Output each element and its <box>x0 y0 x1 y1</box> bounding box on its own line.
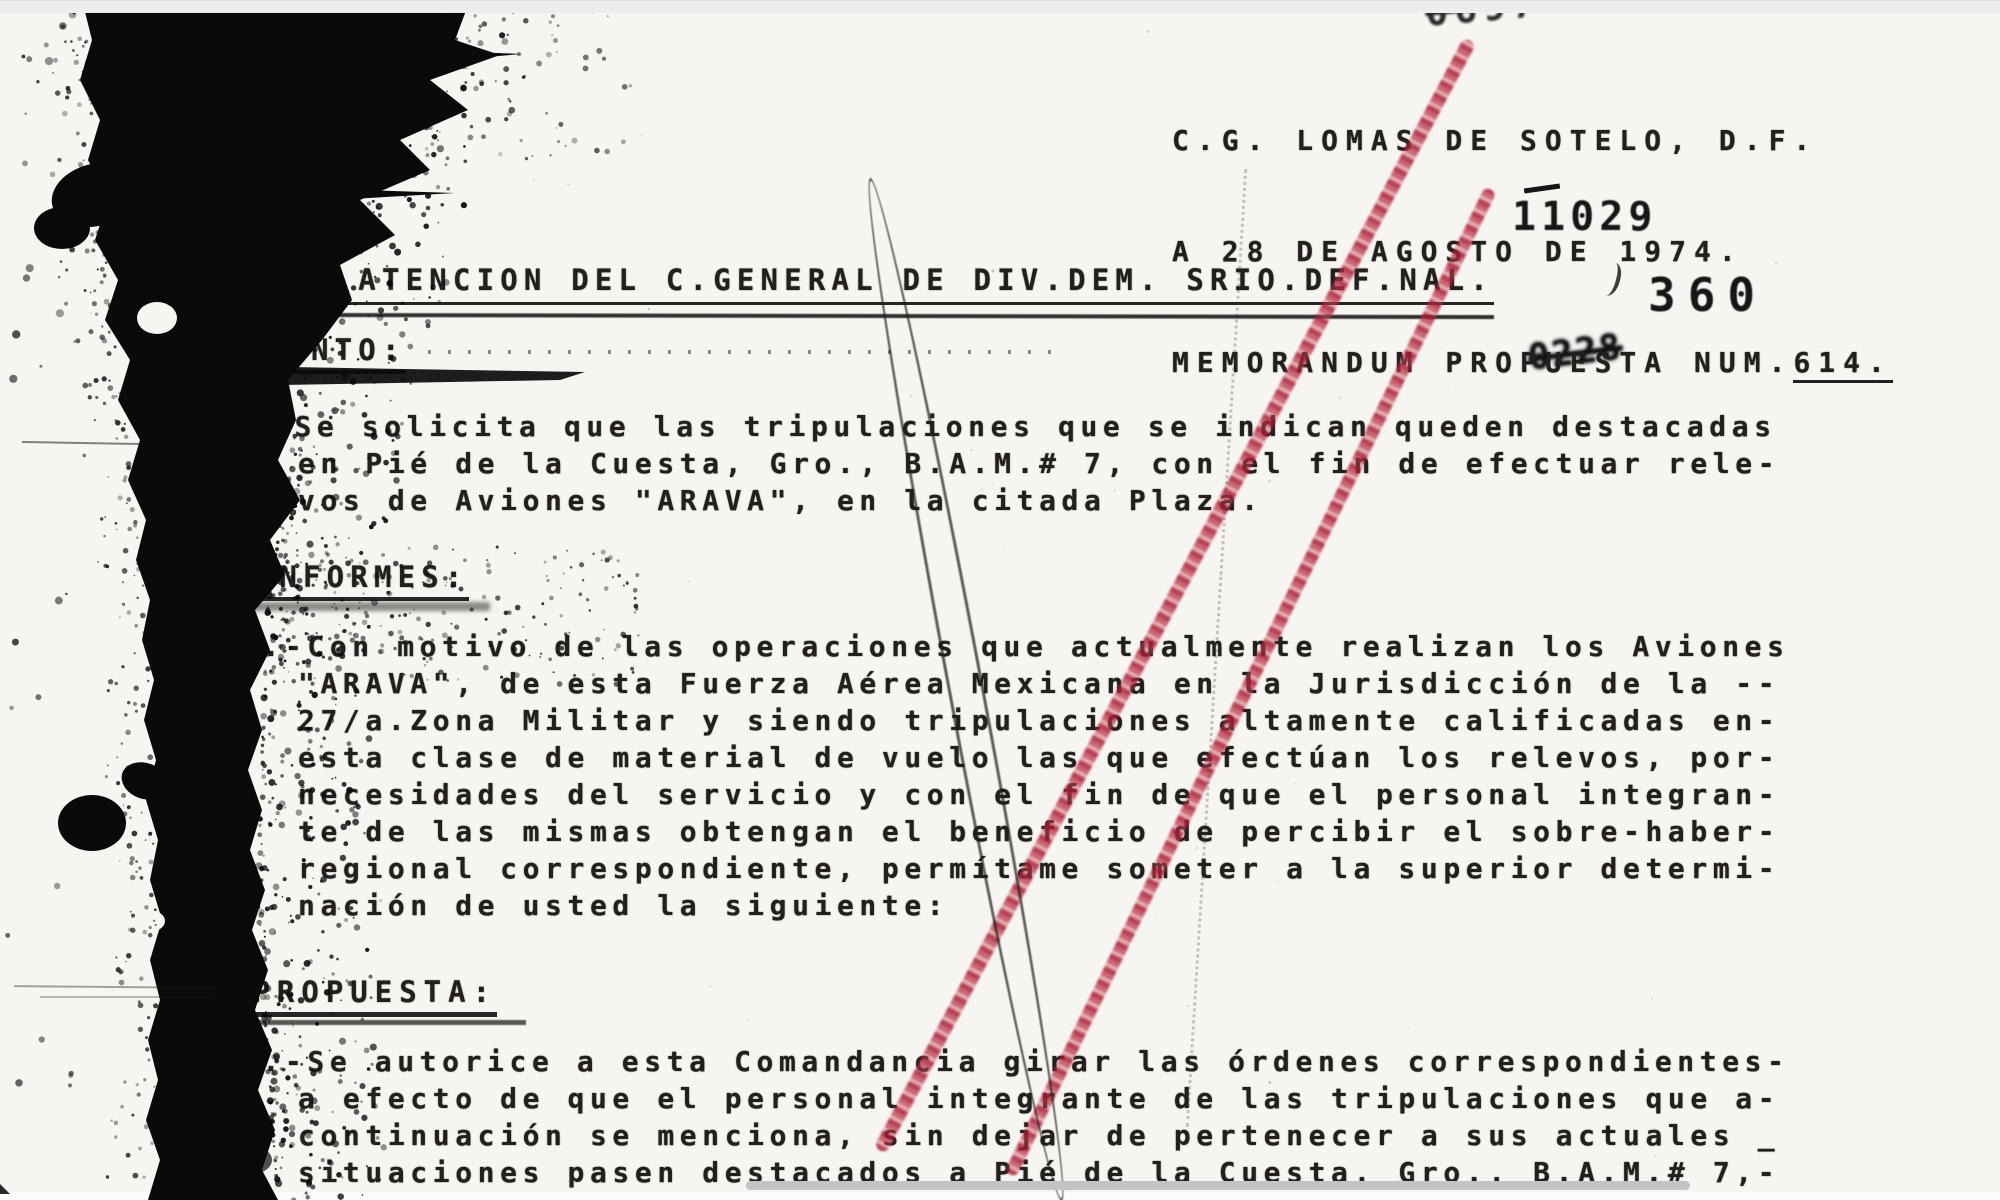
horizontal-scrollbar-track[interactable] <box>0 0 2000 13</box>
ink-streak <box>380 48 522 66</box>
asunto-dotted-leader <box>428 350 1058 354</box>
ink-streak <box>378 64 470 76</box>
propuesta-second-underline <box>226 1020 526 1025</box>
propuesta-heading: -PROPUESTA: <box>228 975 497 1017</box>
asunto-paragraph: -Se solicita que las tripulaciones que s… <box>298 408 1780 519</box>
informes-underline-smear <box>230 602 490 611</box>
text-line: "ARAVA", de esta Fuerza Aérea Mexicana e… <box>298 665 1790 702</box>
text-line: necesidades del servicio y con el fin de… <box>298 776 1790 813</box>
corner-ink-speck <box>0 1184 10 1194</box>
ink-streak <box>300 188 455 202</box>
paper-hole <box>139 911 165 931</box>
text-line: vos de Aviones "ARAVA", en la citada Pla… <box>298 482 1780 519</box>
informes-paragraph: A.-Con motivo de las operaciones que act… <box>298 628 1790 924</box>
text-line: nación de usted la siguiente: <box>298 887 1790 924</box>
memo-number: 614. <box>1793 346 1892 383</box>
scanned-memorandum-page: C.G. LOMAS DE SOTELO, D.F. A 28 DE AGOST… <box>0 0 2000 1200</box>
paper-hole <box>137 302 177 334</box>
pencil-line <box>14 985 214 989</box>
attention-line: PARA ATENCION DEL C.GENERAL DE DIV.DEM. … <box>240 262 1494 305</box>
asunto-heading: ASUNTO: <box>240 333 406 374</box>
text-line: A.-Se autorice a esta Comandancia girar … <box>240 1043 1790 1080</box>
ink-blob <box>232 1146 272 1174</box>
horizontal-scrollbar-thumb[interactable] <box>746 1181 1690 1190</box>
text-line: esta clase de material de vuelo las que … <box>298 739 1790 776</box>
pencil-line <box>40 996 215 998</box>
header-location-line: C.G. LOMAS DE SOTELO, D.F. <box>1172 122 1893 159</box>
ink-blob <box>44 154 145 237</box>
informes-heading: -INFORMES: <box>232 560 469 601</box>
header-memo-number-line: MEMORANDUM PROPUESTA NUM.614. <box>1172 344 1893 381</box>
text-line: en Pié de la Cuesta, Gro., B.A.M.# 7, co… <box>298 445 1780 482</box>
ink-blob <box>34 207 90 249</box>
text-line: A.-Con motivo de las operaciones que act… <box>240 628 1790 665</box>
ink-blob <box>116 756 173 806</box>
viewport-bottom-strip <box>0 1192 2000 1200</box>
ink-blob <box>58 795 126 851</box>
text-line: -Se solicita que las tripulaciones que s… <box>272 408 1780 445</box>
text-line: 27/a.Zona Militar y siendo tripulaciones… <box>298 702 1790 739</box>
pencil-line <box>22 441 142 445</box>
